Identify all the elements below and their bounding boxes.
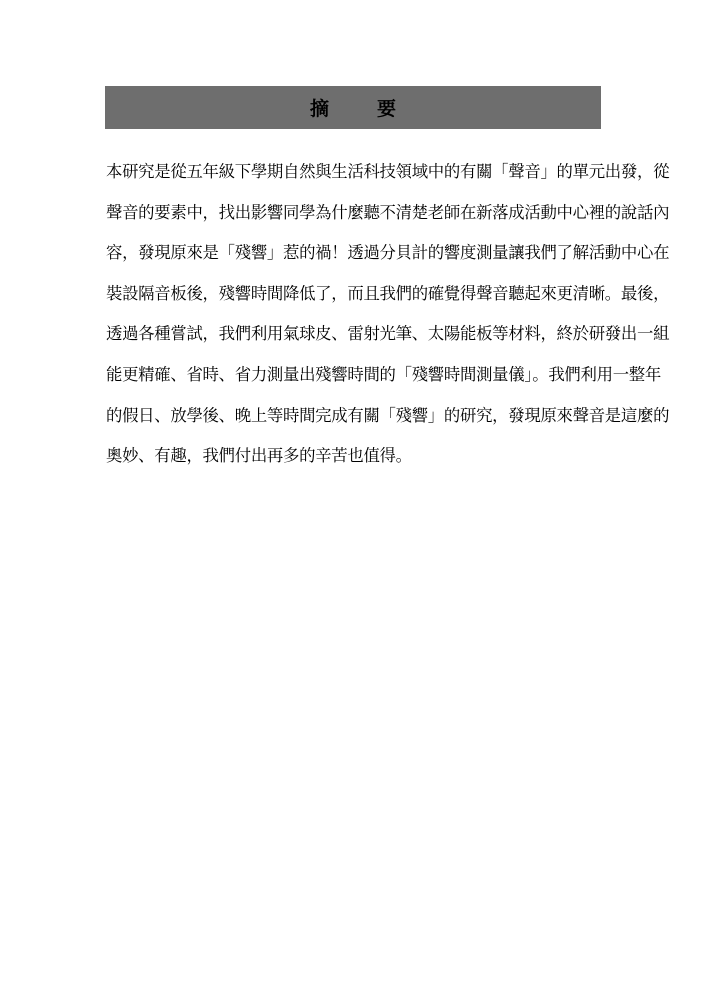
abstract-line: 容，發現原來是「殘響」惹的禍！透過分貝計的響度測量讓我們了解活動中心在 <box>106 239 602 280</box>
abstract-line: 透過各種嘗試，我們利用氣球皮、雷射光筆、太陽能板等材料，終於研發出一組 <box>106 320 602 361</box>
abstract-body: 本研究是從五年級下學期自然與生活科技領域中的有關「聲音」的單元出發，從 聲音的要… <box>106 158 602 483</box>
document-page: 摘 要 本研究是從五年級下學期自然與生活科技領域中的有關「聲音」的單元出發，從 … <box>0 0 706 1000</box>
title-char-1: 摘 <box>310 94 329 121</box>
abstract-line: 裝設隔音板後，殘響時間降低了，而且我們的確覺得聲音聽起來更清晰。最後， <box>106 280 602 321</box>
abstract-line: 能更精確、省時、省力測量出殘響時間的「殘響時間測量儀」。我們利用一整年 <box>106 361 602 402</box>
abstract-line: 聲音的要素中，找出影響同學為什麼聽不清楚老師在新落成活動中心裡的說話內 <box>106 199 602 240</box>
title-char-2: 要 <box>377 94 396 121</box>
abstract-title: 摘 要 <box>310 94 396 121</box>
abstract-title-bar: 摘 要 <box>105 86 601 129</box>
abstract-line: 本研究是從五年級下學期自然與生活科技領域中的有關「聲音」的單元出發，從 <box>106 158 602 199</box>
abstract-line: 奧妙、有趣，我們付出再多的辛苦也值得。 <box>106 442 602 483</box>
abstract-line: 的假日、放學後、晚上等時間完成有關「殘響」的研究，發現原來聲音是這麼的 <box>106 402 602 443</box>
